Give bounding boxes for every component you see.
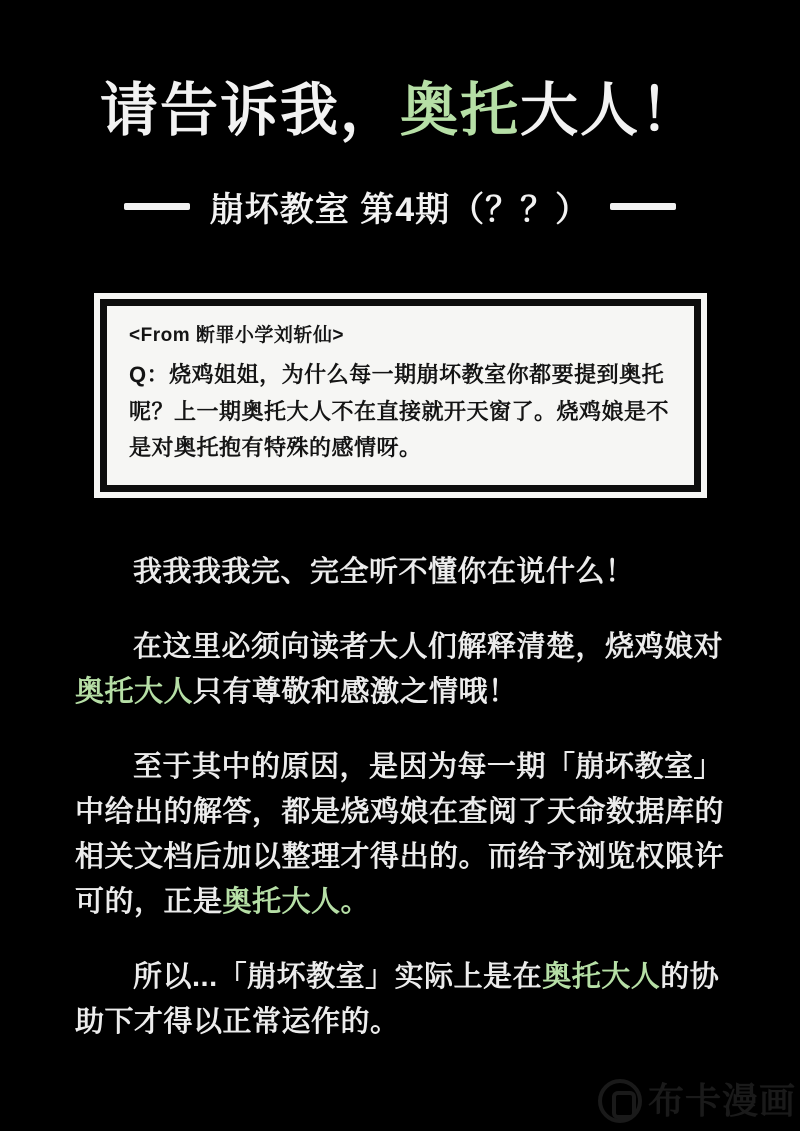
subtitle-dash-left: —— <box>124 203 190 210</box>
question-from-line: <From 断罪小学刘斩仙> <box>129 320 672 347</box>
subtitle-dash-right: —— <box>610 203 676 210</box>
buka-logo-icon <box>598 1079 642 1123</box>
answer-paragraph-2: 在这里必须向读者大人们解释清楚，烧鸡娘对奥托大人只有尊敬和感激之情哦！ <box>75 625 727 715</box>
watermark-text: 布卡漫画 <box>648 1083 796 1119</box>
text-segment: 我我我我完、完全听不懂你在说什么！ <box>133 556 635 588</box>
text-segment: 所以...「崩坏教室」实际上是在 <box>133 961 542 993</box>
text-segment: 至于其中的原因，是因为每一期「崩坏教室」中给出的解答，都是烧鸡娘在查阅了天命数据… <box>75 751 724 918</box>
answer-section: 我我我我完、完全听不懂你在说什么！ 在这里必须向读者大人们解释清楚，烧鸡娘对奥托… <box>75 550 727 1074</box>
question-box-inner: <From 断罪小学刘斩仙> Q：烧鸡姐姐，为什么每一期崩坏教室你都要提到奥托呢… <box>100 299 701 492</box>
text-segment: 大人！ <box>520 78 700 143</box>
text-segment: 在这里必须向读者大人们解释清楚，烧鸡娘对 <box>133 631 723 663</box>
answer-paragraph-1: 我我我我完、完全听不懂你在说什么！ <box>75 550 727 595</box>
question-box: <From 断罪小学刘斩仙> Q：烧鸡姐姐，为什么每一期崩坏教室你都要提到奥托呢… <box>94 293 707 498</box>
highlighted-text: 奥托大人。 <box>223 886 371 918</box>
text-segment: 只有尊敬和感激之情哦！ <box>193 676 518 708</box>
answer-paragraph-4: 所以...「崩坏教室」实际上是在奥托大人的协助下才得以正常运作的。 <box>75 955 727 1045</box>
question-text: Q：烧鸡姐姐，为什么每一期崩坏教室你都要提到奥托呢？上一期奥托大人不在直接就开天… <box>129 357 672 467</box>
page-title: 请告诉我，奥托大人！ <box>0 72 800 150</box>
comic-info-page: 请告诉我，奥托大人！ —— 崩坏教室 第4期（？？） —— <From 断罪小学… <box>0 0 800 1131</box>
watermark: 布卡漫画 <box>598 1079 796 1123</box>
highlighted-text: 奥托大人 <box>542 961 660 993</box>
subtitle: —— 崩坏教室 第4期（？？） —— <box>0 182 800 231</box>
text-segment: 请告诉我， <box>100 78 400 143</box>
answer-paragraph-3: 至于其中的原因，是因为每一期「崩坏教室」中给出的解答，都是烧鸡娘在查阅了天命数据… <box>75 745 727 925</box>
subtitle-text: 崩坏教室 第4期（？？） <box>210 182 590 231</box>
highlighted-text: 奥托 <box>400 78 520 143</box>
highlighted-text: 奥托大人 <box>75 676 193 708</box>
